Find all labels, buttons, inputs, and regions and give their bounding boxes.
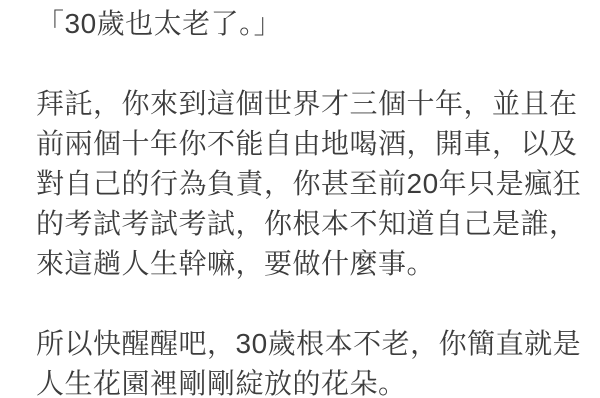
body-line: 所以快醒醒吧，30歲根本不老，你簡直就是 bbox=[36, 324, 580, 364]
body-line: 來這趟人生幹嘛，要做什麼事。 bbox=[36, 244, 580, 284]
body-line: 拜託，你來到這個世界才三個十年，並且在 bbox=[36, 84, 580, 124]
body-paragraph-1: 拜託，你來到這個世界才三個十年，並且在 前兩個十年你不能自由地喝酒，開車，以及 … bbox=[36, 84, 580, 284]
paragraph-spacer bbox=[36, 44, 580, 84]
body-line: 的考試考試考試，你根本不知道自己是誰， bbox=[36, 204, 580, 244]
body-paragraph-2: 所以快醒醒吧，30歲根本不老，你簡直就是 人生花園裡剛剛綻放的花朵。 bbox=[36, 324, 580, 398]
paragraph-spacer bbox=[36, 284, 580, 324]
body-line: 對自己的行為負責，你甚至前20年只是瘋狂 bbox=[36, 164, 580, 204]
quote-paragraph: 「30歲也太老了。」 bbox=[36, 4, 580, 44]
body-line: 前兩個十年你不能自由地喝酒，開車，以及 bbox=[36, 124, 580, 164]
text-page: 「30歲也太老了。」 拜託，你來到這個世界才三個十年，並且在 前兩個十年你不能自… bbox=[0, 0, 600, 398]
quote-line: 「30歲也太老了。」 bbox=[36, 4, 580, 44]
body-line: 人生花園裡剛剛綻放的花朵。 bbox=[36, 364, 580, 398]
